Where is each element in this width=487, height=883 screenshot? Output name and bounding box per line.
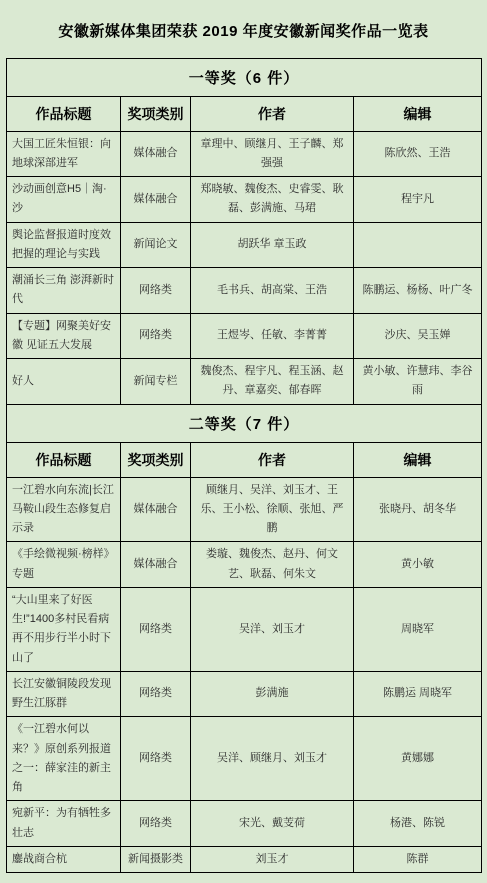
section-header-label: 一等奖（6 件） (7, 58, 482, 96)
column-header-category: 奖项类别 (121, 96, 191, 131)
editors-cell: 周晓军 (354, 587, 482, 671)
editors-cell: 陈鹏运 周晓军 (354, 671, 482, 717)
editors-cell: 陈鹏运、杨杨、叶广冬 (354, 268, 482, 314)
editors-cell: 陈群 (354, 846, 482, 872)
authors-cell: 刘玉才 (191, 846, 354, 872)
editors-cell: 陈欣然、王浩 (354, 131, 482, 177)
table-row: 好人 新闻专栏 魏俊杰、程宇凡、程玉涵、赵丹、章嘉奕、郁春晖 黄小敏、许慧玮、李… (7, 359, 482, 405)
award-category-cell: 网络类 (121, 268, 191, 314)
award-category-cell: 媒体融合 (121, 542, 191, 588)
work-title-cell: 舆论监督报道时度效把握的理论与实践 (7, 222, 121, 268)
editors-cell (354, 222, 482, 268)
award-category-cell: 网络类 (121, 313, 191, 359)
award-category-cell: 新闻摄影类 (121, 846, 191, 872)
table-row: 鏖战商合杭 新闻摄影类 刘玉才 陈群 (7, 846, 482, 872)
work-title-cell: 鏖战商合杭 (7, 846, 121, 872)
table-row: 舆论监督报道时度效把握的理论与实践 新闻论文 胡跃华 章玉政 (7, 222, 482, 268)
table-row: 《一江碧水何以来？》原创系列报道之一：薛家洼的新主角 网络类 吴洋、顾继月、刘玉… (7, 717, 482, 801)
editors-cell: 张晓丹、胡冬华 (354, 477, 482, 542)
page: 安徽新媒体集团荣获 2019 年度安徽新闻奖作品一览表 一等奖（6 件） 作品标… (0, 0, 487, 883)
table-row: 一江碧水向东流|长江马鞍山段生态修复启示录 媒体融合 顾继月、吴洋、刘玉才、王乐… (7, 477, 482, 542)
section-header-label: 二等奖（7 件） (7, 404, 482, 442)
editors-cell: 杨港、陈锐 (354, 801, 482, 847)
table-row: “大山里来了好医生!”1400多村民看病再不用步行半小时下山了 网络类 吴洋、刘… (7, 587, 482, 671)
award-category-cell: 媒体融合 (121, 177, 191, 223)
table-row: 《手绘微视频·榜样》专题 媒体融合 娄璇、魏俊杰、赵丹、何文艺、耿磊、何朱文 黄… (7, 542, 482, 588)
work-title-cell: “大山里来了好医生!”1400多村民看病再不用步行半小时下山了 (7, 587, 121, 671)
editors-cell: 沙庆、吴玉婵 (354, 313, 482, 359)
authors-cell: 娄璇、魏俊杰、赵丹、何文艺、耿磊、何朱文 (191, 542, 354, 588)
work-title-cell: 好人 (7, 359, 121, 405)
award-category-cell: 新闻论文 (121, 222, 191, 268)
authors-cell: 郑晓敏、魏俊杰、史睿雯、耿磊、彭满施、马珺 (191, 177, 354, 223)
work-title-cell: 《一江碧水何以来？》原创系列报道之一：薛家洼的新主角 (7, 717, 121, 801)
section-header-second-prize: 二等奖（7 件） (7, 404, 482, 442)
authors-cell: 宋光、戴芰荷 (191, 801, 354, 847)
authors-cell: 魏俊杰、程宇凡、程玉涵、赵丹、章嘉奕、郁春晖 (191, 359, 354, 405)
column-header-row: 作品标题 奖项类别 作者 编辑 (7, 96, 482, 131)
work-title-cell: 一江碧水向东流|长江马鞍山段生态修复启示录 (7, 477, 121, 542)
column-header-authors: 作者 (191, 442, 354, 477)
award-category-cell: 网络类 (121, 717, 191, 801)
column-header-title: 作品标题 (7, 96, 121, 131)
column-header-row: 作品标题 奖项类别 作者 编辑 (7, 442, 482, 477)
work-title-cell: 【专题】网聚美好安徽 见证五大发展 (7, 313, 121, 359)
table-row: 长江安徽铜陵段发现野生江豚群 网络类 彭满施 陈鹏运 周晓军 (7, 671, 482, 717)
authors-cell: 章理中、顾继月、王子麟、郑强强 (191, 131, 354, 177)
table-row: 宛新平：为有牺牲多壮志 网络类 宋光、戴芰荷 杨港、陈锐 (7, 801, 482, 847)
award-category-cell: 媒体融合 (121, 131, 191, 177)
section-header-first-prize: 一等奖（6 件） (7, 58, 482, 96)
editors-cell: 程宇凡 (354, 177, 482, 223)
table-row: 潮涌长三角 澎湃新时代 网络类 毛书兵、胡高棠、王浩 陈鹏运、杨杨、叶广冬 (7, 268, 482, 314)
table-row: 沙动画创意H5｜淘·沙 媒体融合 郑晓敏、魏俊杰、史睿雯、耿磊、彭满施、马珺 程… (7, 177, 482, 223)
award-category-cell: 网络类 (121, 671, 191, 717)
table-row: 大国工匠朱恒银：向地球深部进军 媒体融合 章理中、顾继月、王子麟、郑强强 陈欣然… (7, 131, 482, 177)
work-title-cell: 大国工匠朱恒银：向地球深部进军 (7, 131, 121, 177)
work-title-cell: 《手绘微视频·榜样》专题 (7, 542, 121, 588)
table-row: 【专题】网聚美好安徽 见证五大发展 网络类 王煜岑、任敏、李菁菁 沙庆、吴玉婵 (7, 313, 482, 359)
award-category-cell: 新闻专栏 (121, 359, 191, 405)
page-title: 安徽新媒体集团荣获 2019 年度安徽新闻奖作品一览表 (6, 22, 481, 42)
editors-cell: 黄小敏、许慧玮、李谷雨 (354, 359, 482, 405)
authors-cell: 顾继月、吴洋、刘玉才、王乐、王小松、徐顺、张旭、严鹏 (191, 477, 354, 542)
award-table: 一等奖（6 件） 作品标题 奖项类别 作者 编辑 大国工匠朱恒银：向地球深部进军… (6, 58, 482, 874)
work-title-cell: 潮涌长三角 澎湃新时代 (7, 268, 121, 314)
column-header-category: 奖项类别 (121, 442, 191, 477)
authors-cell: 彭满施 (191, 671, 354, 717)
work-title-cell: 宛新平：为有牺牲多壮志 (7, 801, 121, 847)
column-header-editors: 编辑 (354, 442, 482, 477)
column-header-title: 作品标题 (7, 442, 121, 477)
authors-cell: 吴洋、顾继月、刘玉才 (191, 717, 354, 801)
work-title-cell: 长江安徽铜陵段发现野生江豚群 (7, 671, 121, 717)
editors-cell: 黄小敏 (354, 542, 482, 588)
work-title-cell: 沙动画创意H5｜淘·沙 (7, 177, 121, 223)
editors-cell: 黄娜娜 (354, 717, 482, 801)
authors-cell: 毛书兵、胡高棠、王浩 (191, 268, 354, 314)
authors-cell: 王煜岑、任敏、李菁菁 (191, 313, 354, 359)
award-category-cell: 网络类 (121, 801, 191, 847)
column-header-editors: 编辑 (354, 96, 482, 131)
column-header-authors: 作者 (191, 96, 354, 131)
award-category-cell: 网络类 (121, 587, 191, 671)
authors-cell: 胡跃华 章玉政 (191, 222, 354, 268)
authors-cell: 吴洋、刘玉才 (191, 587, 354, 671)
award-category-cell: 媒体融合 (121, 477, 191, 542)
